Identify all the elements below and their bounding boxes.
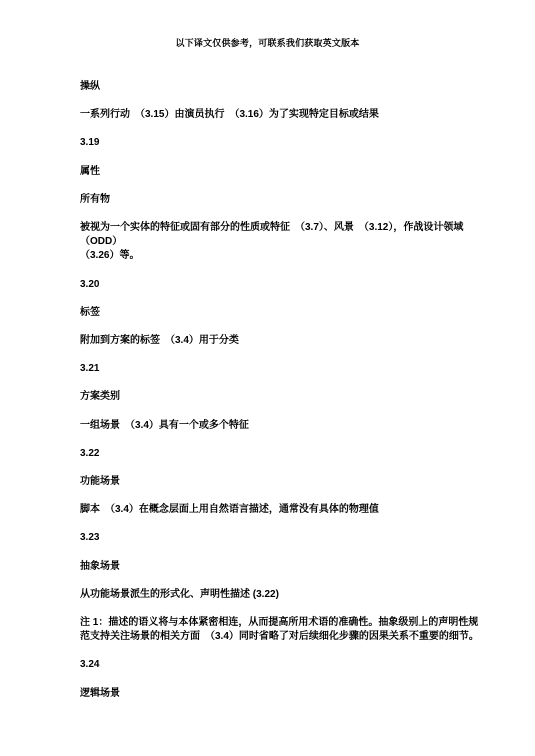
paragraph: 属性 xyxy=(80,165,480,179)
paragraph: 所有物 xyxy=(80,193,480,207)
paragraph: 逻辑场景 xyxy=(80,687,480,701)
paragraph: 3.23 xyxy=(80,531,480,545)
paragraph-list: 操纵一系列行动 （3.15）由演员执行 （3.16）为了实现特定目标或结果3.1… xyxy=(80,80,480,701)
paragraph: 注 1：描述的语义将与本体紧密相连，从而提高所用术语的准确性。抽象级别上的声明性… xyxy=(80,616,480,644)
paragraph: 脚本 （3.4）在概念层面上用自然语言描述，通常没有具体的物理值 xyxy=(80,503,480,517)
paragraph: 从功能场景派生的形式化、声明性描述 (3.22) xyxy=(80,588,480,602)
translation-notice: 以下译文仅供参考，可联系我们获取英文版本 xyxy=(0,37,535,49)
paragraph: 标签 xyxy=(80,306,480,320)
paragraph: 一系列行动 （3.15）由演员执行 （3.16）为了实现特定目标或结果 xyxy=(80,108,480,122)
document-page: 以下译文仅供参考，可联系我们获取英文版本 操纵一系列行动 （3.15）由演员执行… xyxy=(0,0,535,756)
paragraph: 功能场景 xyxy=(80,475,480,489)
paragraph: 一组场景 （3.4）具有一个或多个特征 xyxy=(80,419,480,433)
paragraph: 3.21 xyxy=(80,362,480,376)
paragraph: 附加到方案的标签 （3.4）用于分类 xyxy=(80,334,480,348)
paragraph: 3.24 xyxy=(80,658,480,672)
paragraph: 操纵 xyxy=(80,80,480,94)
paragraph: 3.19 xyxy=(80,136,480,150)
paragraph: 3.20 xyxy=(80,278,480,292)
paragraph: 3.22 xyxy=(80,447,480,461)
paragraph: 方案类别 xyxy=(80,390,480,404)
paragraph: 被视为一个实体的特征或固有部分的性质或特征 （3.7）、风景 （3.12），作战… xyxy=(80,221,480,264)
paragraph: 抽象场景 xyxy=(80,560,480,574)
